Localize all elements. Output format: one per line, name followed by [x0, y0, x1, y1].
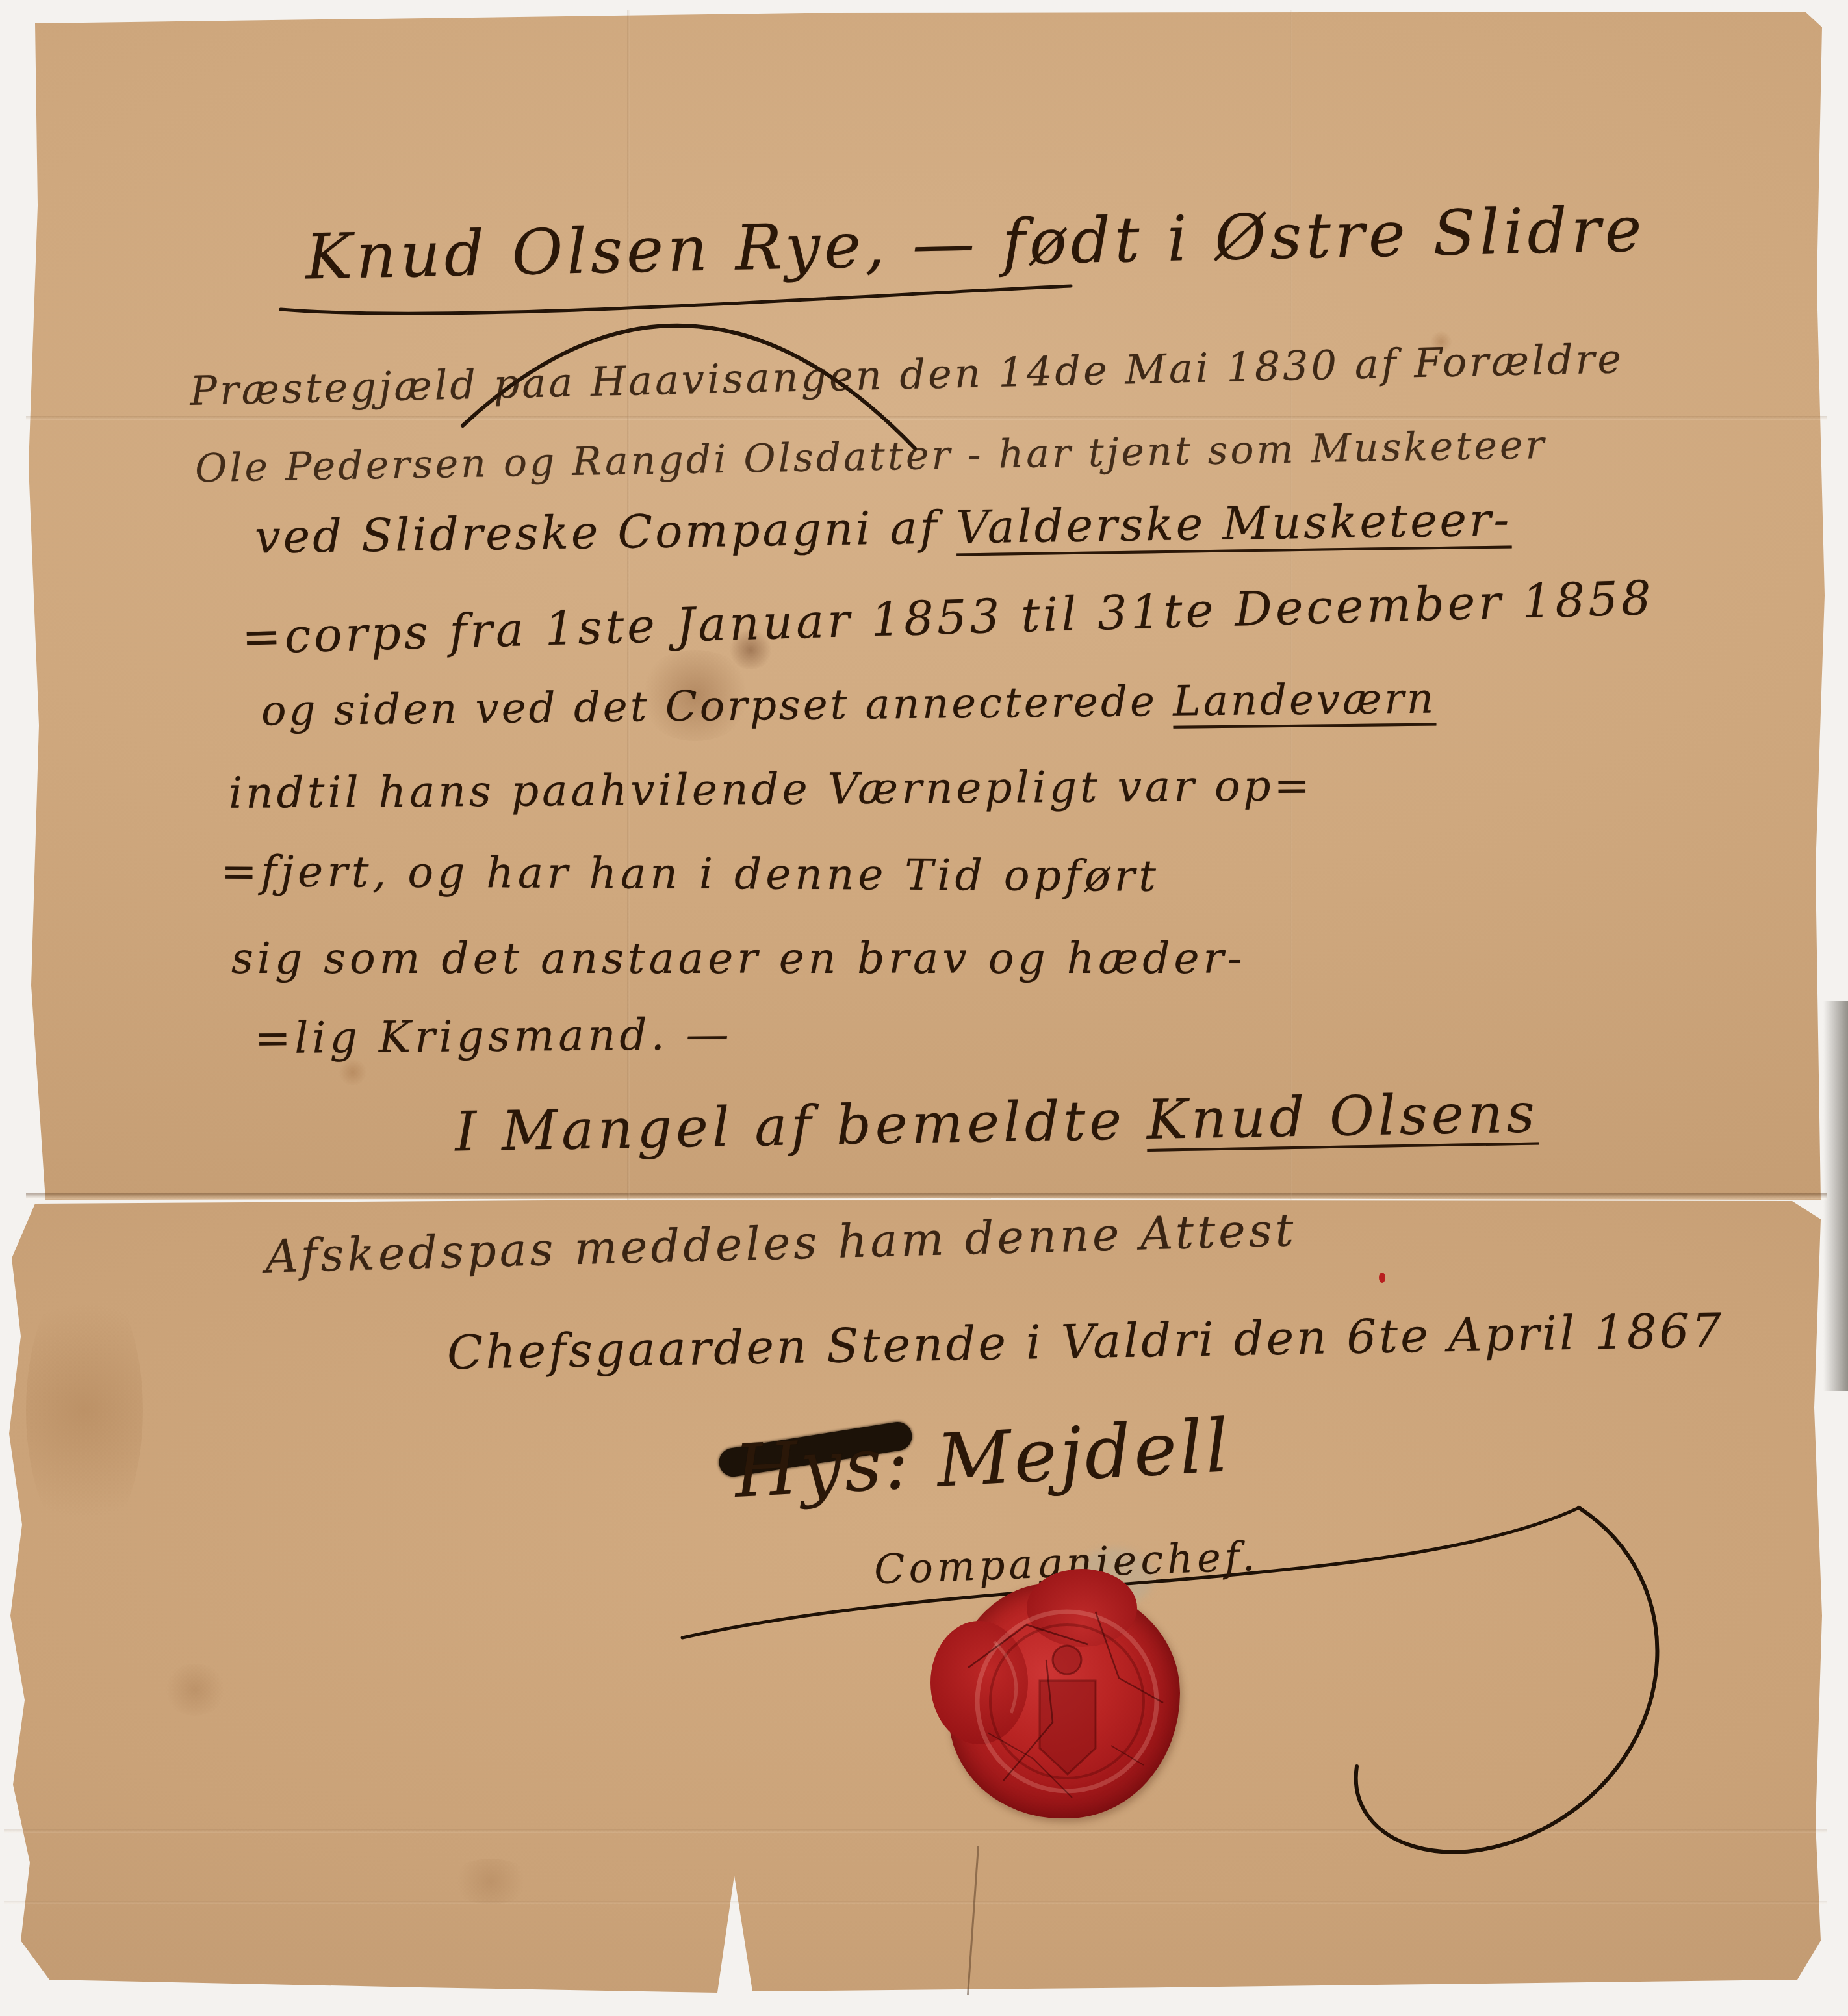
seal-gloss — [994, 1642, 1016, 1713]
wax-seal-emboss — [949, 1583, 1180, 1818]
red-wax-seal — [949, 1583, 1180, 1818]
seal-crown — [1053, 1646, 1081, 1674]
text-segment: Knud Olsen Rye, — [305, 209, 889, 294]
text-segment: =fjert, og har han i denne Tid opført — [221, 846, 1160, 901]
text-segment-underlined: Knud Olsens — [1146, 1081, 1539, 1152]
text-line-8: =fjert, og har han i denne Tid opført — [221, 846, 1160, 901]
scan-edge-shadow — [1823, 1001, 1848, 1391]
text-segment: sig som det anstaaer en brav og hæder- — [231, 933, 1246, 983]
text-line-9: sig som det anstaaer en brav og hæder- — [231, 933, 1246, 983]
text-segment-underlined: Valderske Musketeer- — [956, 493, 1512, 554]
text-segment-underlined: Landeværn — [1173, 675, 1437, 726]
text-segment: I Mangel af bemeldte — [454, 1088, 1147, 1164]
text-line-7: indtil hans paahvilende Værnepligt var o… — [229, 760, 1314, 818]
text-segment: ved Slidreske Compagni af — [255, 500, 957, 563]
text-segment: =lig Krigsmand. — — [255, 1009, 733, 1063]
text-segment: og siden ved det Corpset annecterede — [261, 678, 1174, 736]
text-segment: indtil hans paahvilende Værnepligt var o… — [229, 760, 1314, 818]
scanned-document-page: Knud Olsen Rye, — født i Østre Slidre Pr… — [0, 0, 1848, 2016]
text-line-10: =lig Krigsmand. — — [255, 1009, 733, 1063]
